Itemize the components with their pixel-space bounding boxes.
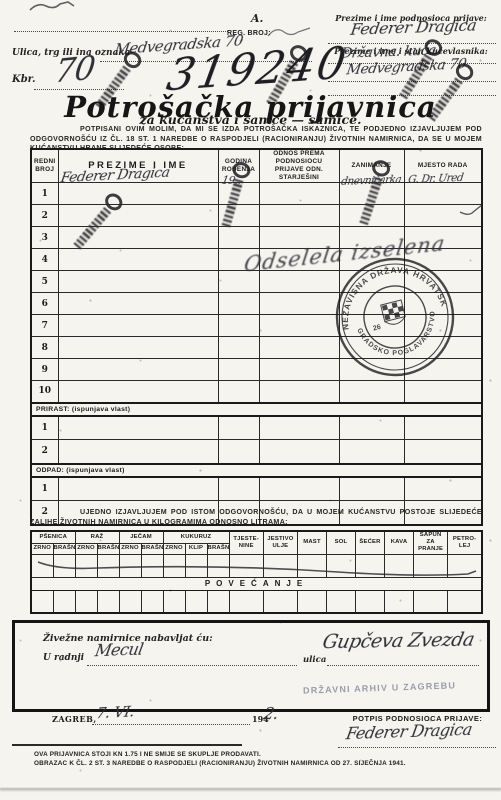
u-radnji-handwriting: Mecul <box>94 639 145 660</box>
box-ulica-label: ulica <box>303 655 326 665</box>
col-secer: ŠEĆER <box>356 531 385 554</box>
col-redni-broj: REDNI BROJ <box>31 149 58 183</box>
col-mast: MAST <box>298 531 327 554</box>
blank-dotted-line <box>14 30 228 32</box>
prirast-label: PRIRAST: (ispunjava vlast) <box>31 403 482 416</box>
col-sol: SOL <box>327 531 356 554</box>
group-raz: RAŽ <box>75 531 119 543</box>
table-row: 2 <box>31 205 482 227</box>
provisions-data-row <box>31 590 482 613</box>
povecanje-label: POVEĆANJE <box>31 577 482 590</box>
purchase-box: Živežne namirnice nabavljat ću: U radnji… <box>12 620 490 712</box>
col-tjestenine: TJESTE- NINE <box>229 531 263 554</box>
reg-broj-scribble <box>266 24 312 40</box>
pencil-scribble <box>26 0 86 14</box>
povecanje-row: POVEĆANJE <box>31 577 482 590</box>
footer-note-2: OBRAZAC K ČL. 2 ST. 3 NAREDBE O RASPODJE… <box>34 760 406 767</box>
col-jestivo-ulje: JESTIVO ULJE <box>263 531 297 554</box>
prirast-row: 2 <box>31 440 482 464</box>
signature-line <box>338 746 496 748</box>
table-row: 10 <box>31 381 482 403</box>
strike-line-handwriting <box>32 554 482 576</box>
date-line <box>92 723 250 725</box>
signature-handwriting: Federer Dragica <box>345 720 474 744</box>
col-sapun: SAPUN ZA PRANJE <box>414 531 448 554</box>
odpad-section: ODPAD: (ispunjava vlast) <box>31 464 482 477</box>
odpad-row: 1 <box>31 477 482 501</box>
kbr-label: Kbr. <box>12 74 36 85</box>
footer-note-1: OVA PRIJAVNICA STOJI KN 1.75 I NE SMIJE … <box>34 751 261 758</box>
year-handwriting: 2. <box>262 704 280 723</box>
date-handwriting: 7. VI. <box>95 702 135 722</box>
col-odnos: ODNOS PREMA PODNOSIOCU PRIJAVE ODN. STAR… <box>259 149 339 183</box>
row1-zanimanje-handwriting: dnevničarka <box>340 174 402 188</box>
podnosilac-handwriting: Federer Dragica <box>349 16 477 39</box>
u-radnji-label: U radnji <box>43 653 84 663</box>
group-kukuruz: KUKURUZ <box>163 531 229 543</box>
group-jecam: JEČAM <box>119 531 163 543</box>
footer-divider <box>12 744 242 746</box>
prirast-row: 1 <box>31 416 482 440</box>
kbr-handwriting: 70 <box>53 48 98 91</box>
paper-noise <box>0 0 1 1</box>
u-radnji-line <box>87 664 297 666</box>
row1-mjesto-handwriting: G. Dr. Ured <box>407 172 464 186</box>
section-a-label: A. <box>251 12 263 25</box>
archive-stamp: DRŽAVNI ARHIV U ZAGREBU <box>303 680 456 695</box>
box-ulica-line <box>327 664 479 666</box>
scan-edge-artifact <box>0 788 501 792</box>
row1-godina-handwriting: 19.. <box>221 174 242 187</box>
box-ulica-handwriting: Gupčeva Zvezda <box>321 628 477 653</box>
group-psenica: PŠENICA <box>31 531 75 543</box>
round-stamp-number: 26 <box>372 324 381 333</box>
provisions-group-header: PŠENICA RAŽ JEČAM KUKURUZ TJESTE- NINE J… <box>31 531 482 543</box>
round-stamp-coat-of-arms <box>381 300 407 326</box>
zalihe-intro-text: UJEDNO IZJAVLJUJEM POD ISTOM ODGOVORNOŠĆ… <box>30 508 482 527</box>
col-petrolej: PETRO- LEJ <box>448 531 482 554</box>
prirast-section: PRIRAST: (ispunjava vlast) <box>31 403 482 416</box>
check-mark <box>458 202 484 218</box>
odpad-label: ODPAD: (ispunjava vlast) <box>31 464 482 477</box>
city-label: ZAGREB, <box>52 714 97 724</box>
col-kava: KAVA <box>385 531 414 554</box>
scanned-form-page: A. REG. BROJ: Prezime i ime podnosioca p… <box>0 0 501 800</box>
